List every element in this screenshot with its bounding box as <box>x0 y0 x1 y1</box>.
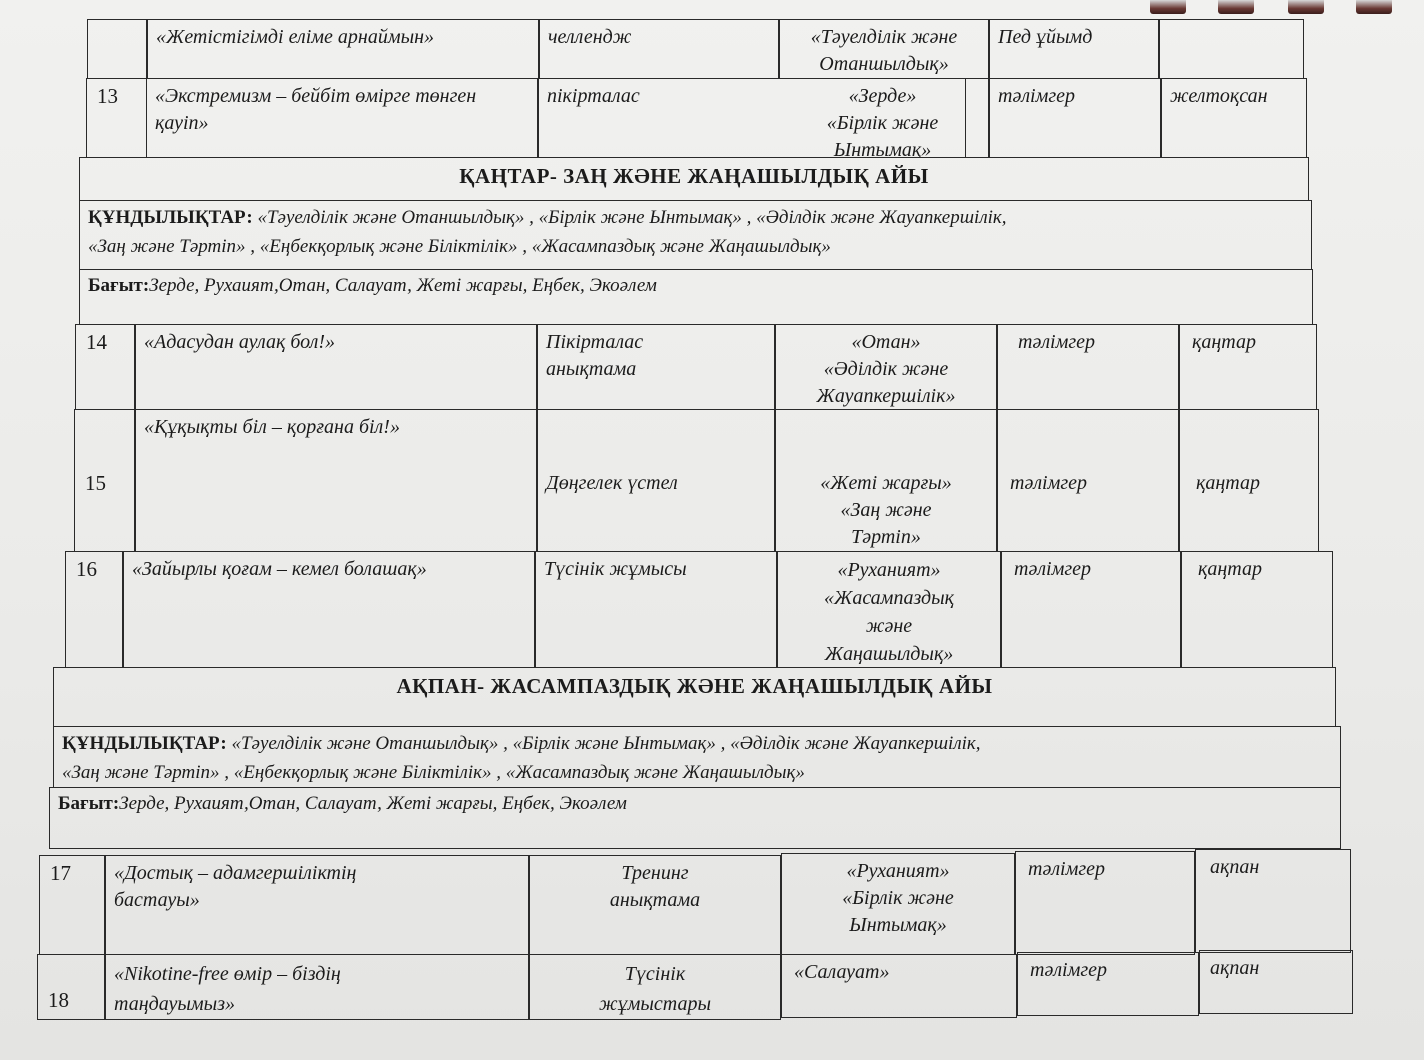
event-values-cell: «Салауат» <box>781 954 1017 1018</box>
date-cell <box>1159 19 1304 79</box>
value-line: «Жасампаздық <box>786 584 992 612</box>
event-values-cell: «Руханият» «Бірлік және Ынтымақ» <box>781 853 1015 955</box>
value-line: «Тәуелділік және <box>788 24 980 51</box>
value-line: Ынтымақ» <box>790 912 1006 939</box>
responsible-cell: Пед ұйымд <box>989 19 1159 79</box>
document-photo: «Жетістігімді еліме арнаймын» челлендж «… <box>0 0 1424 1060</box>
form-line: Түсінік <box>538 959 772 989</box>
responsible-cell: тәлімгер <box>997 409 1179 552</box>
value-line: «Бірлік және <box>785 110 980 137</box>
value-line: «Салауат» <box>794 959 1008 986</box>
title-line: таңдауымыз» <box>114 989 520 1019</box>
month-title-february: АҚПАН- ЖАСАМПАЗДЫҚ ЖӘНЕ ЖАҢАШЫЛДЫҚ АЙЫ <box>53 667 1336 727</box>
event-title-cell: «Зайырлы қоғам – кемел болашақ» <box>123 551 535 668</box>
form-line: Пікірталас <box>546 329 766 356</box>
values-text-line1: «Тәуелділік және Отаншылдық» , «Бірлік ж… <box>257 207 1006 228</box>
event-title-cell: «Адасудан аулақ бол!» <box>135 324 537 410</box>
document-table: «Жетістігімді еліме арнаймын» челлендж «… <box>0 0 1424 1060</box>
date-cell: ақпан <box>1199 950 1353 1014</box>
form-line: Тренинг <box>538 860 772 887</box>
date-cell: қаңтар <box>1179 324 1317 410</box>
responsible-cell: тәлімгер <box>997 324 1179 410</box>
value-line: және <box>786 612 992 640</box>
direction-label: Бағыт: <box>88 275 149 296</box>
responsible-cell: тәлімгер <box>1001 551 1181 668</box>
event-values-cell: «Тәуелділік және Отаншылдық» <box>779 19 989 79</box>
value-line: Жауапкершілік» <box>784 383 988 410</box>
values-label: ҚҰНДЫЛЫҚТАР: <box>62 733 227 754</box>
value-line: Отаншылдық» <box>788 51 980 78</box>
direction-block-january: Бағыт:Зерде, Рухаият,Отан, Салауат, Жеті… <box>79 269 1313 325</box>
form-line: анықтама <box>546 356 766 383</box>
direction-label: Бағыт: <box>58 793 119 814</box>
title-line: «Nikotine-free өмір – біздің <box>114 959 520 989</box>
values-label: ҚҰНДЫЛЫҚТАР: <box>88 207 253 228</box>
value-line: «Зерде» <box>785 83 980 110</box>
title-line: бастауы» <box>114 887 520 914</box>
date-cell: қаңтар <box>1181 551 1333 668</box>
value-line: «Руханият» <box>790 858 1006 885</box>
event-form-cell: Түсінік жұмыстары <box>529 954 781 1020</box>
row-number-cell: 15 <box>74 409 135 552</box>
event-form-cell: Түсінік жұмысы <box>535 551 777 668</box>
value-line: «Руханият» <box>786 556 992 584</box>
date-cell: қаңтар <box>1179 409 1319 552</box>
event-values-cell: «Отан» «Әділдік және Жауапкершілік» <box>775 324 997 410</box>
value-line: Ынтымақ» <box>785 137 980 158</box>
event-values-cell: «Руханият» «Жасампаздық және Жаңашылдық» <box>777 551 1001 668</box>
row-number-cell: 17 <box>39 855 105 955</box>
event-title-cell: «Достық – адамгершіліктің бастауы» <box>105 855 529 955</box>
value-line: «Отан» <box>784 329 988 356</box>
values-text-line1: «Тәуелділік және Отаншылдық» , «Бірлік ж… <box>231 733 980 754</box>
value-line: «Әділдік және <box>784 356 988 383</box>
responsible-cell: тәлімгер <box>989 78 1161 158</box>
date-cell: желтоқсан <box>1161 78 1307 158</box>
value-line: «Бірлік және <box>790 885 1006 912</box>
event-form-cell: Тренинг анықтама <box>529 855 781 955</box>
responsible-cell: тәлімгер <box>1017 952 1199 1016</box>
event-title-cell: «Экстремизм – бейбіт өмірге төнген қауіп… <box>146 78 538 158</box>
form-line: жұмыстары <box>538 989 772 1019</box>
date-cell: ақпан <box>1195 849 1351 953</box>
event-title-cell: «Құқықты біл – қорғана біл!» <box>135 409 537 552</box>
value-line: «Заң және <box>784 497 988 524</box>
values-text-line2: «Заң және Тәртіп» , «Еңбекқорлық және Бі… <box>88 236 831 257</box>
form-line: анықтама <box>538 887 772 914</box>
row-number-cell: 16 <box>65 551 123 668</box>
direction-text: Зерде, Рухаият,Отан, Салауат, Жеті жарғы… <box>119 793 627 814</box>
title-line: «Достық – адамгершіліктің <box>114 860 520 887</box>
month-title-january: ҚАҢТАР- ЗАҢ ЖӘНЕ ЖАҢАШЫЛДЫҚ АЙЫ <box>79 157 1309 201</box>
row-number-cell: 13 <box>86 78 147 158</box>
event-values-cell: «Зерде» «Бірлік және Ынтымақ» <box>777 78 989 158</box>
values-block-february: ҚҰНДЫЛЫҚТАР: «Тәуелділік және Отаншылдық… <box>53 726 1341 788</box>
values-block-january: ҚҰНДЫЛЫҚТАР: «Тәуелділік және Отаншылдық… <box>79 200 1312 270</box>
event-form-cell: челлендж <box>539 19 779 79</box>
event-form-cell: Дөңгелек үстел <box>537 409 775 552</box>
row-number-cell <box>87 19 147 79</box>
event-title-cell: «Жетістігімді еліме арнаймын» <box>147 19 539 79</box>
event-title-cell: «Nikotine-free өмір – біздің таңдауымыз» <box>105 954 529 1020</box>
direction-text: Зерде, Рухаият,Отан, Салауат, Жеті жарғы… <box>149 275 657 296</box>
event-form-cell: Пікірталас анықтама <box>537 324 775 410</box>
value-line: «Жеті жарғы» <box>784 470 988 497</box>
responsible-cell: тәлімгер <box>1015 851 1195 955</box>
event-values-cell: «Жеті жарғы» «Заң және Тәртіп» <box>775 409 997 552</box>
value-line: Жаңашылдық» <box>786 640 992 668</box>
row-number-cell: 18 <box>37 954 105 1020</box>
direction-block-february: Бағыт:Зерде, Рухаият,Отан, Салауат, Жеті… <box>49 787 1341 849</box>
values-text-line2: «Заң және Тәртіп» , «Еңбекқорлық және Бі… <box>62 762 805 783</box>
value-line: Тәртіп» <box>784 524 988 551</box>
row-number-cell: 14 <box>75 324 135 410</box>
